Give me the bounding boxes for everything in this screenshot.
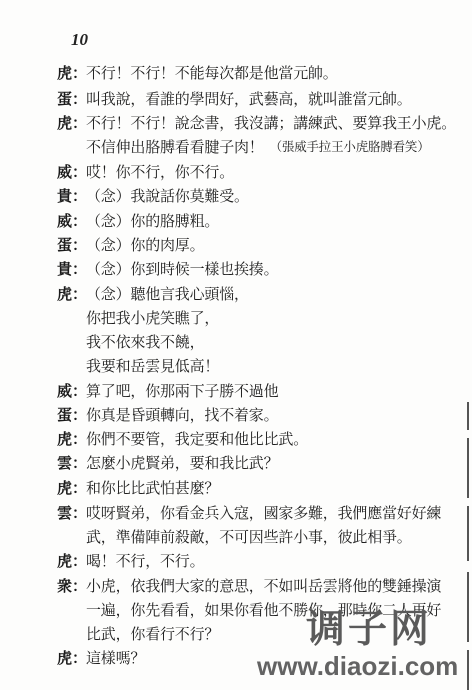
dialogue-line: 雲： 哎呀賢弟，你看金兵入寇，國家多難，我們應當好好練 <box>57 503 441 523</box>
dialogue-line: 威： 哎！你不行，你不行。 <box>57 162 234 182</box>
speaker-label: 雲： <box>57 453 86 473</box>
dialogue-line: 虎： 你們不要管，我定要和他比比武。 <box>57 429 308 449</box>
speaker-label: 雲： <box>57 503 86 523</box>
speaker-label: 虎： <box>57 429 86 449</box>
dialogue-line: 雲： 怎麼小虎賢弟，要和我比武？ <box>57 453 278 473</box>
dialogue-text: 怎麼小虎賢弟，要和我比武？ <box>86 453 278 473</box>
speaker-label: 貴： <box>57 259 86 279</box>
dialogue-text: 你們不要管，我定要和他比比武。 <box>86 429 308 449</box>
page-number: 10 <box>71 30 88 50</box>
speaker-label: 虎： <box>57 113 86 133</box>
speaker-label: 貴： <box>57 186 86 206</box>
dialogue-line: 衆： 小虎，依我們大家的意思，不如叫岳雲將他的雙錘操演 <box>57 576 441 596</box>
dialogue-line: 虎： 喝！不行，不行。 <box>57 551 204 571</box>
scan-edge-line <box>467 506 469 561</box>
speaker-label: 虎： <box>57 284 86 304</box>
speaker-label: 衆： <box>57 576 86 596</box>
dialogue-line: 蛋： 你真是昏頭轉向，找不着家。 <box>57 405 278 425</box>
speaker-label: 蛋： <box>57 405 86 425</box>
dialogue-line: 武，準備陣前殺敵，不可因些許小事，彼此相爭。 <box>57 527 412 547</box>
watermark-logo-text: 调子网 <box>306 606 432 654</box>
scan-edge-line <box>467 650 469 690</box>
dialogue-text: 我不依來我不饒， <box>86 332 204 352</box>
speaker-label: 威： <box>57 381 86 401</box>
dialogue-text: 小虎，依我們大家的意思，不如叫岳雲將他的雙錘操演 <box>86 576 441 596</box>
dialogue-line: 貴： （念）我說話你莫難受。 <box>57 186 249 206</box>
dialogue-text: （念）你到時候一樣也挨揍。 <box>86 259 278 279</box>
dialogue-text: 武，準備陣前殺敵，不可因些許小事，彼此相爭。 <box>86 527 412 547</box>
dialogue-line: 比武，你看行不行？ <box>57 624 219 644</box>
speaker-label: 蛋： <box>57 235 86 255</box>
scan-edge-line <box>467 572 469 642</box>
dialogue-text: （念）聽他言我心頭惱， <box>86 284 249 304</box>
speaker-label: 虎： <box>57 478 86 498</box>
stage-direction: （張威手拉王小虎胳膊看笑） <box>270 137 430 157</box>
speaker-label: 威： <box>57 162 86 182</box>
dialogue-text: 比武，你看行不行？ <box>86 624 219 644</box>
speaker-label: 虎： <box>57 63 86 83</box>
dialogue-text: 叫我說，看誰的學問好，武藝高，就叫誰當元帥。 <box>86 89 412 109</box>
dialogue-text: 不信伸出胳膊看看腱子肉！ <box>86 137 264 157</box>
dialogue-text: 哎呀賢弟，你看金兵入寇，國家多難，我們應當好好練 <box>86 503 441 523</box>
speaker-label: 虎： <box>57 648 86 668</box>
dialogue-text: 你真是昏頭轉向，找不着家。 <box>86 405 278 425</box>
scan-edge-line <box>467 402 469 430</box>
dialogue-text: 算了吧，你那兩下子勝不過他 <box>86 381 278 401</box>
dialogue-text: （念）我說話你莫難受。 <box>86 186 249 206</box>
dialogue-text: 喝！不行，不行。 <box>86 551 204 571</box>
dialogue-line: 虎： 不行！不行！不能每次都是他當元帥。 <box>57 63 338 83</box>
dialogue-line: 虎： 和你比比武怕甚麼？ <box>57 478 219 498</box>
verse-line: 你把我小虎笑瞧了， <box>57 308 219 328</box>
dialogue-line: 威： （念）你的胳膊粗。 <box>57 211 219 231</box>
dialogue-text: 這樣嗎？ <box>86 648 145 668</box>
dialogue-line: 蛋： 叫我說，看誰的學問好，武藝高，就叫誰當元帥。 <box>57 89 412 109</box>
dialogue-line: 虎： （念）聽他言我心頭惱， <box>57 284 249 304</box>
speaker-label: 虎： <box>57 551 86 571</box>
dialogue-text: 你把我小虎笑瞧了， <box>86 308 219 328</box>
dialogue-line: 貴： （念）你到時候一樣也挨揍。 <box>57 259 278 279</box>
dialogue-line: 不信伸出胳膊看看腱子肉！ （張威手拉王小虎胳膊看笑） <box>57 137 430 157</box>
verse-line: 我不依來我不饒， <box>57 332 204 352</box>
dialogue-line: 虎： 不行！不行！說念書，我沒講；講練武、要算我王小虎。 <box>57 113 456 133</box>
watermark-url: www.diaozi.com <box>257 650 458 682</box>
dialogue-text: 哎！你不行，你不行。 <box>86 162 234 182</box>
speaker-label: 威： <box>57 211 86 231</box>
dialogue-line: 威： 算了吧，你那兩下子勝不過他 <box>57 381 278 401</box>
scan-edge-line <box>467 438 469 498</box>
speaker-label: 蛋： <box>57 89 86 109</box>
dialogue-text: 不行！不行！說念書，我沒講；講練武、要算我王小虎。 <box>86 113 456 133</box>
verse-line: 我要和岳雲見低高！ <box>57 356 219 376</box>
dialogue-line: 蛋： （念）你的肉厚。 <box>57 235 204 255</box>
dialogue-text: （念）你的肉厚。 <box>86 235 204 255</box>
dialogue-text: （念）你的胳膊粗。 <box>86 211 219 231</box>
dialogue-text: 我要和岳雲見低高！ <box>86 356 219 376</box>
dialogue-text: 和你比比武怕甚麼？ <box>86 478 219 498</box>
dialogue-line: 虎： 這樣嗎？ <box>57 648 145 668</box>
dialogue-text: 不行！不行！不能每次都是他當元帥。 <box>86 63 338 83</box>
